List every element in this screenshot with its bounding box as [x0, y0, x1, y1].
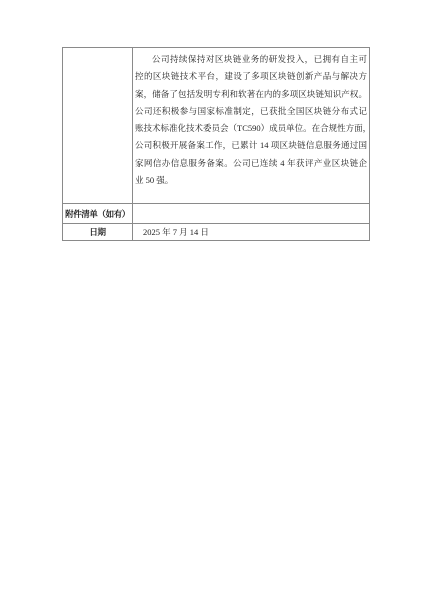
table-row-date: 日期 2025 年 7 月 14 日: [63, 223, 369, 240]
blockchain-paragraph: 公司持续保持对区块链业务的研发投入，已拥有自主可控的区块链技术平台，建设了多项区…: [135, 51, 367, 189]
attachments-value: [132, 204, 369, 223]
date-label: 日期: [63, 224, 132, 240]
date-value: 2025 年 7 月 14 日: [132, 224, 369, 240]
paragraph-line: 家网信办信息服务备案。公司已连续 4 年获评产业区块链企: [135, 155, 367, 172]
main-content-cell: 公司持续保持对区块链业务的研发投入，已拥有自主可控的区块链技术平台，建设了多项区…: [132, 48, 369, 203]
paragraph-line: 公司还积极参与国家标准制定，已获批全国区块链分布式记: [135, 103, 367, 120]
paragraph-line: 业 50 强。: [135, 172, 367, 189]
attachments-label: 附件清单（如有）: [63, 204, 132, 223]
paragraph-line: 公司积极开展备案工作，已累计 14 项区块链信息服务通过国: [135, 137, 367, 154]
paragraph-line: 案，储备了包括发明专利和软著在内的多项区块链知识产权。: [135, 86, 367, 103]
paragraph-line: 公司持续保持对区块链业务的研发投入，已拥有自主可: [135, 51, 367, 68]
paragraph-line: 账技术标准化技术委员会（TC590）成员单位。在合规性方面，: [135, 120, 367, 137]
main-label-cell-empty: [63, 48, 132, 203]
paragraph-line: 控的区块链技术平台，建设了多项区块链创新产品与解决方: [135, 68, 367, 85]
table-row-attachments: 附件清单（如有）: [63, 203, 369, 223]
document-page: 公司持续保持对区块链业务的研发投入，已拥有自主可控的区块链技术平台，建设了多项区…: [0, 0, 424, 600]
info-table: 公司持续保持对区块链业务的研发投入，已拥有自主可控的区块链技术平台，建设了多项区…: [62, 47, 370, 241]
table-row-main: 公司持续保持对区块链业务的研发投入，已拥有自主可控的区块链技术平台，建设了多项区…: [63, 48, 369, 203]
